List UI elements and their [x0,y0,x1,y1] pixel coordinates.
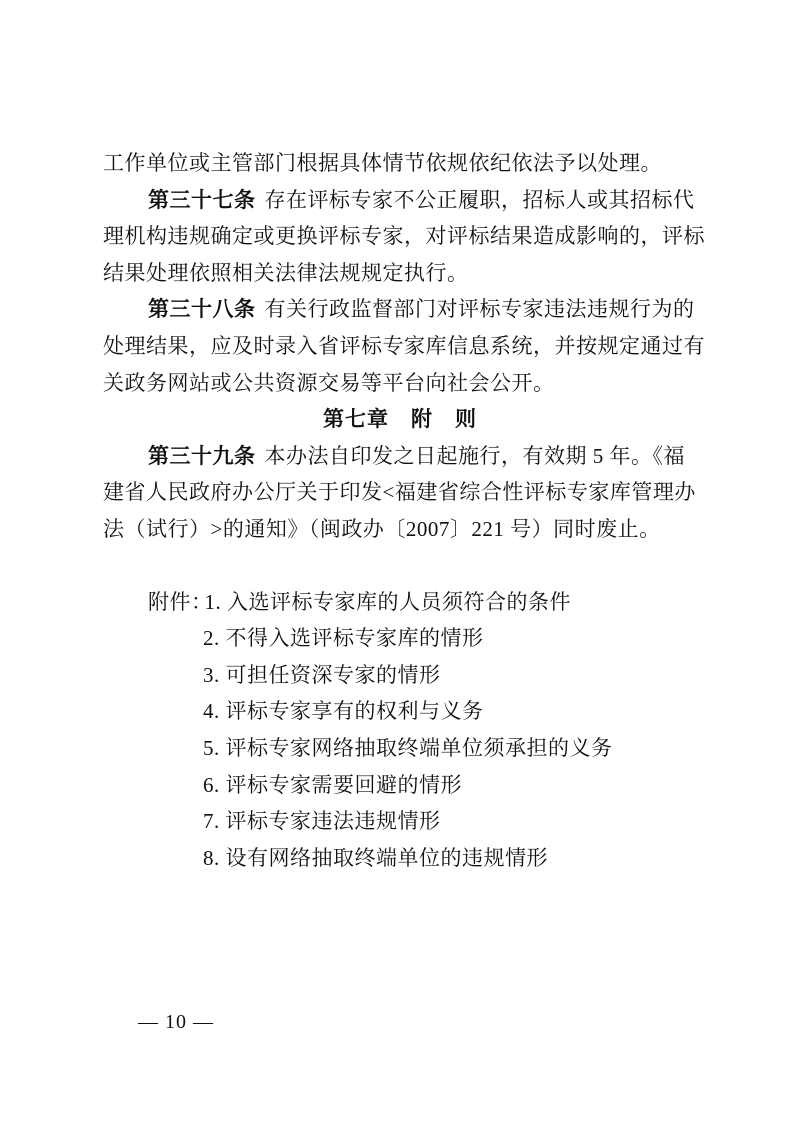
attachment-item-8: 8. 设有网络抽取终端单位的违规情形 [203,840,697,877]
attachment-item-4: 4. 评标专家享有的权利与义务 [203,693,697,730]
article-37-line-1: 第三十七条存在评标专家不公正履职，招标人或其招标代 [103,182,697,219]
chapter-7-heading: 第七章 附 则 [103,401,697,438]
attachment-item-1: 1. 入选评标专家库的人员须符合的条件 [205,590,572,614]
attachments-label: 附件： [148,590,213,614]
article-37-number: 第三十七条 [148,188,256,212]
attachment-item-6: 6. 评标专家需要回避的情形 [203,767,697,804]
article-37-line-2: 理机构违规确定或更换评标专家，对评标结果造成影响的，评标 [103,218,697,255]
article-37-line-1-text: 存在评标专家不公正履职，招标人或其招标代 [265,188,695,212]
article-39-line-1: 第三十九条本办法自印发之日起施行，有效期 5 年。《福 [103,438,697,475]
attachment-item-3: 3. 可担任资深专家的情形 [203,657,697,694]
attachment-item-5: 5. 评标专家网络抽取终端单位须承担的义务 [203,730,697,767]
page-number: — 10 — [138,1010,214,1034]
article-38-line-1-text: 有关行政监督部门对评标专家违法违规行为的 [265,297,695,321]
article-39-line-2: 建省人民政府办公厅关于印发<福建省综合性评标专家库管理办 [103,474,697,511]
attachment-item-7: 7. 评标专家违法违规情形 [203,803,697,840]
article-39-line-3: 法（试行）>的通知》（闽政办〔2007〕221 号）同时废止。 [103,511,697,548]
article-37-line-3: 结果处理依照相关法律法规规定执行。 [103,255,697,292]
article-38-line-3: 关政务网站或公共资源交易等平台向社会公开。 [103,365,697,402]
article-38-line-2: 处理结果，应及时录入省评标专家库信息系统，并按规定通过有 [103,328,697,365]
attachments-line-1: 附件：1. 入选评标专家库的人员须符合的条件 [103,584,697,621]
paragraph-36-tail-line: 工作单位或主管部门根据具体情节依规依纪依法予以处理。 [103,145,697,182]
blank-line-spacer [103,548,697,584]
document-body: 工作单位或主管部门根据具体情节依规依纪依法予以处理。 第三十七条存在评标专家不公… [103,145,697,876]
article-39-line-1-text: 本办法自印发之日起施行，有效期 5 年。《福 [265,444,686,468]
article-38-line-1: 第三十八条有关行政监督部门对评标专家违法违规行为的 [103,291,697,328]
attachment-item-2: 2. 不得入选评标专家库的情形 [203,620,697,657]
article-39-number: 第三十九条 [148,444,256,468]
document-page: 工作单位或主管部门根据具体情节依规依纪依法予以处理。 第三十七条存在评标专家不公… [0,0,793,1122]
article-38-number: 第三十八条 [148,297,256,321]
